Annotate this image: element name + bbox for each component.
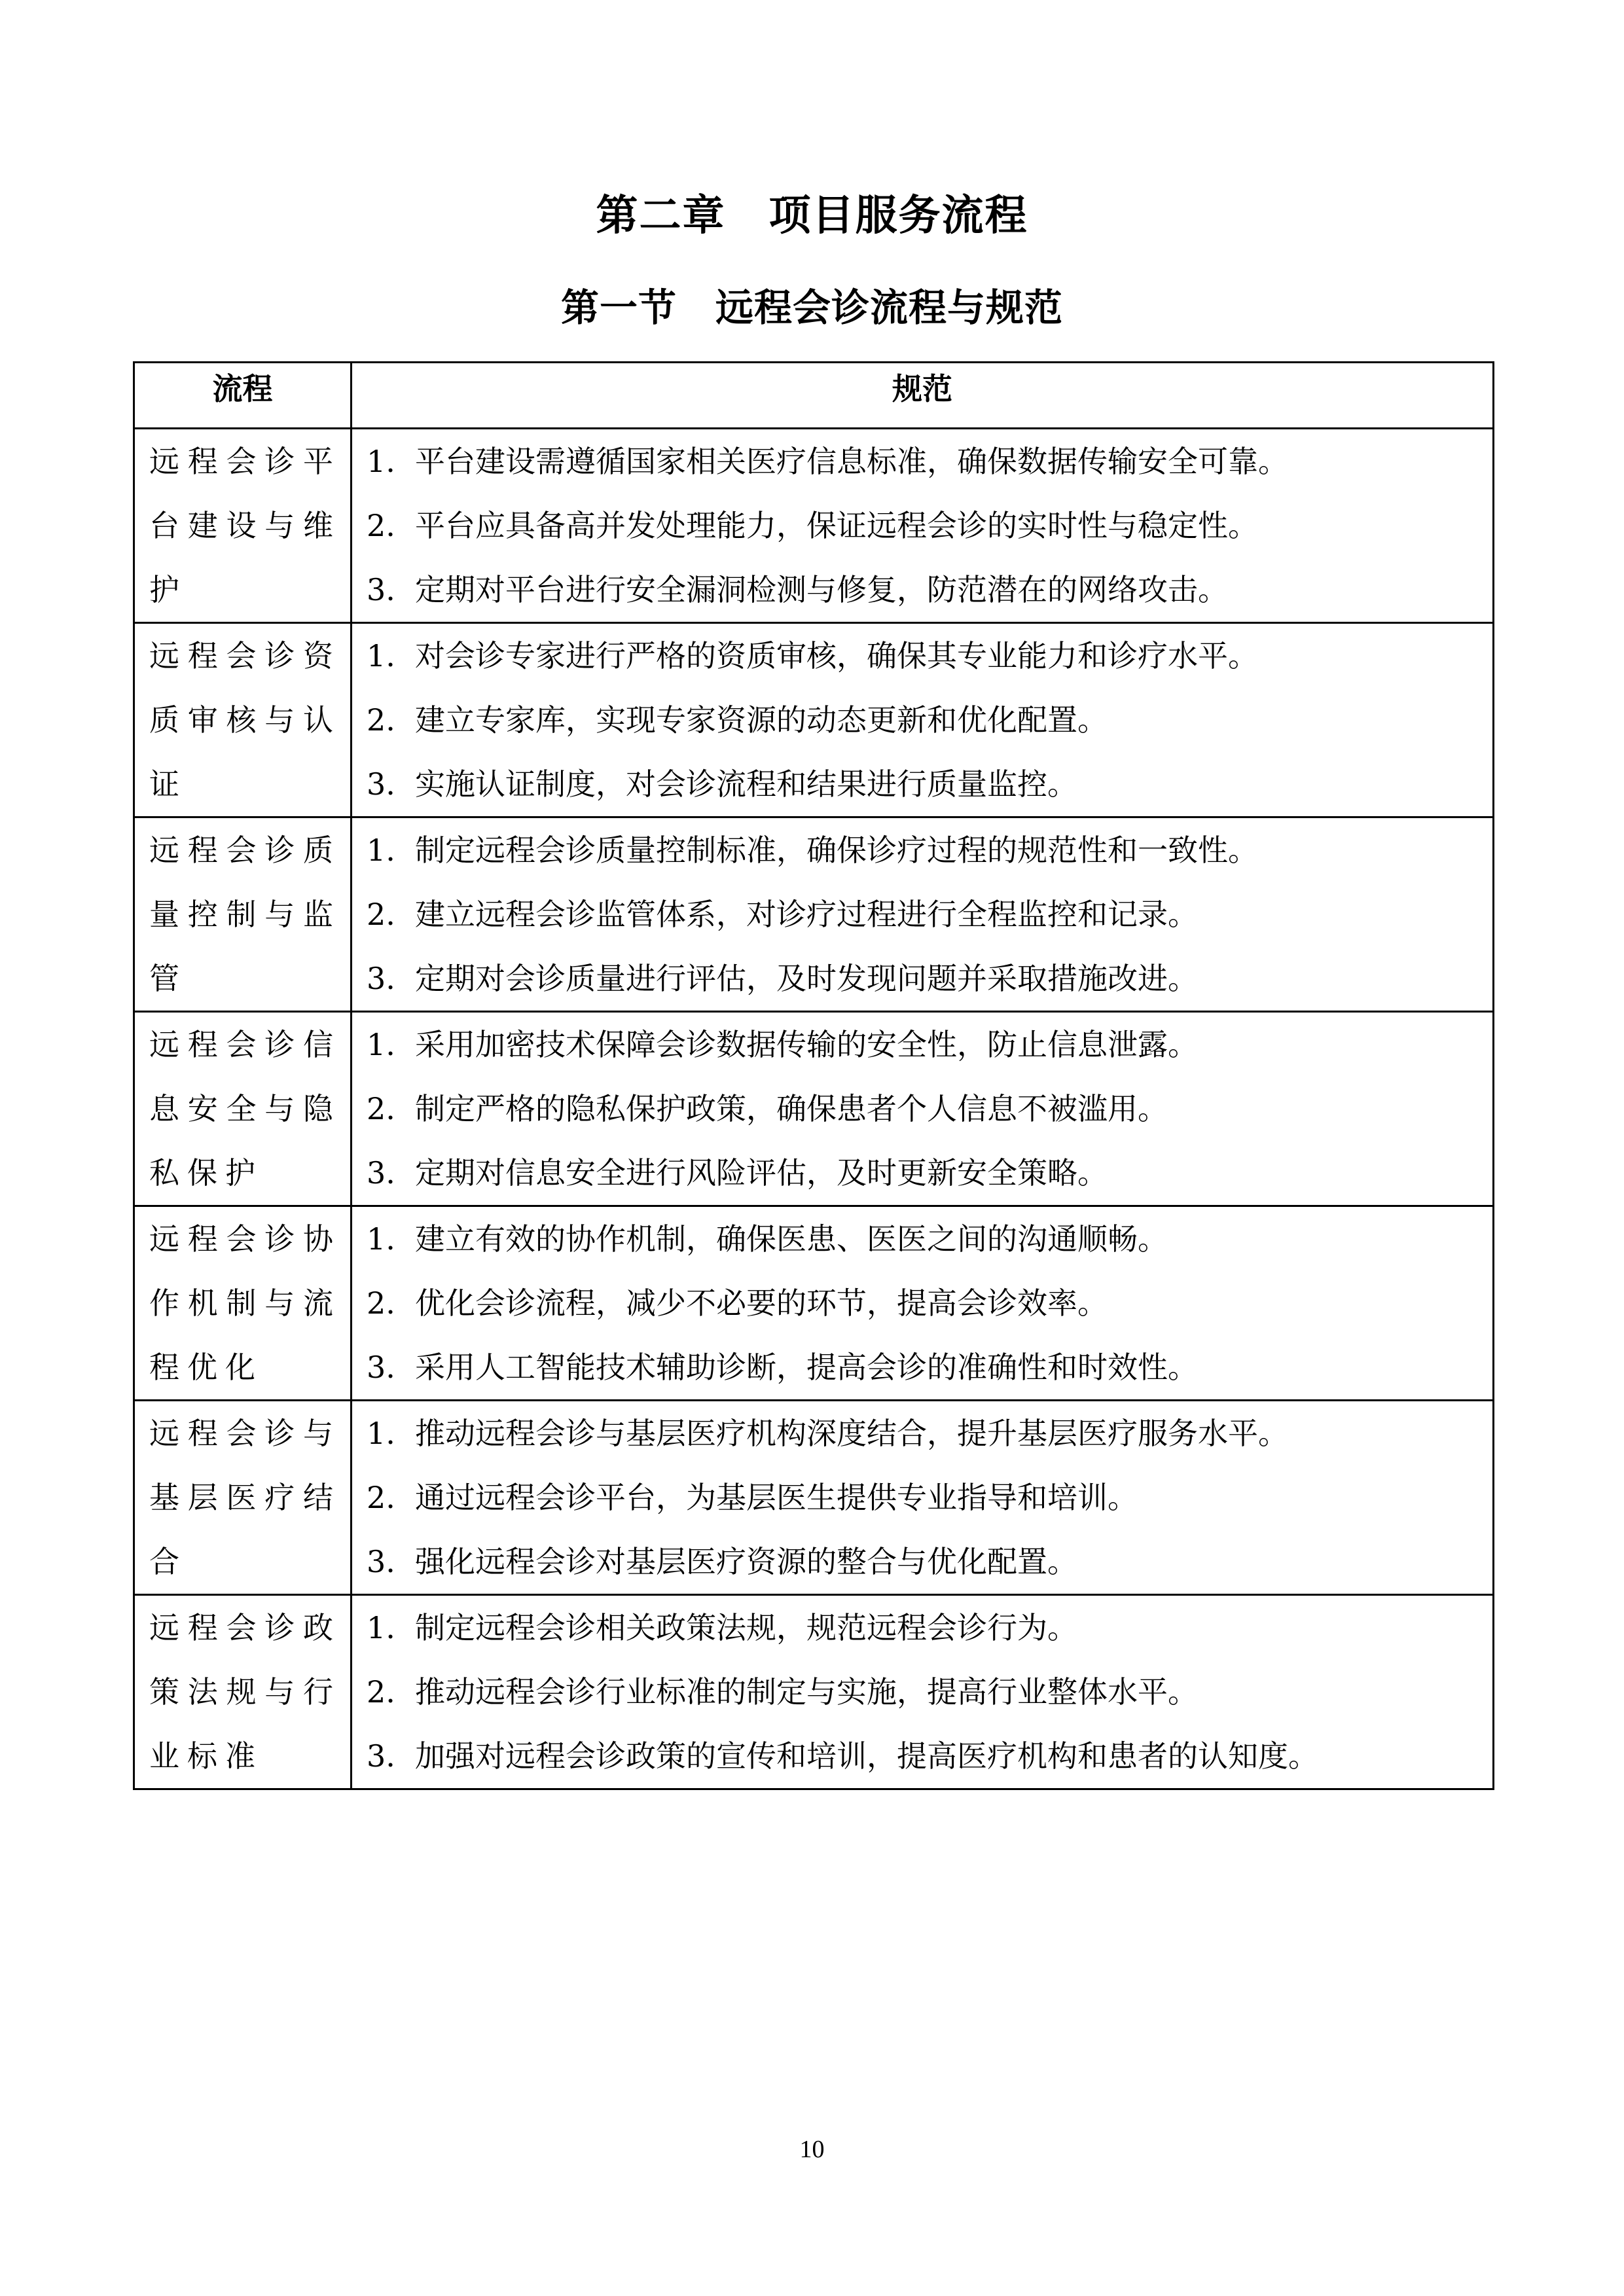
spec-text: 实施认证制度，对会诊流程和结果进行质量监控。 [415,766,1077,802]
spec-item: 1.建立有效的协作机制，确保医患、医医之间的沟通顺畅。 [367,1207,1492,1271]
table-row: 远程会诊政策法规与行业标准 1.制定远程会诊相关政策法规，规范远程会诊行为。 2… [134,1595,1494,1789]
spec-number: 3. [367,1530,415,1594]
process-cell: 远程会诊资质审核与认证 [134,623,352,817]
table-row: 远程会诊与基层医疗结合 1.推动远程会诊与基层医疗机构深度结合，提升基层医疗服务… [134,1401,1494,1595]
spec-number: 1. [367,624,415,688]
process-cell: 远程会诊政策法规与行业标准 [134,1595,352,1789]
process-cell: 远程会诊协作机制与流程优化 [134,1206,352,1401]
spec-item: 2.平台应具备高并发处理能力，保证远程会诊的实时性与稳定性。 [367,493,1492,558]
spec-number: 3. [367,752,415,816]
header-spec: 规范 [352,363,1494,429]
spec-number: 2. [367,688,415,752]
spec-number: 1. [367,1013,415,1077]
spec-cell: 1.采用加密技术保障会诊数据传输的安全性，防止信息泄露。 2.制定严格的隐私保护… [352,1012,1494,1206]
spec-item: 3.采用人工智能技术辅助诊断，提高会诊的准确性和时效性。 [367,1335,1492,1399]
spec-item: 3.强化远程会诊对基层医疗资源的整合与优化配置。 [367,1530,1492,1594]
spec-text: 制定严格的隐私保护政策，确保患者个人信息不被滥用。 [415,1091,1168,1126]
spec-list: 1.建立有效的协作机制，确保医患、医医之间的沟通顺畅。 2.优化会诊流程，减少不… [352,1207,1492,1399]
spec-list: 1.制定远程会诊相关政策法规，规范远程会诊行为。 2.推动远程会诊行业标准的制定… [352,1596,1492,1788]
spec-number: 3. [367,1141,415,1205]
spec-number: 2. [367,1465,415,1530]
spec-number: 1. [367,1596,415,1660]
spec-text: 平台应具备高并发处理能力，保证远程会诊的实时性与稳定性。 [415,508,1258,543]
spec-number: 3. [367,946,415,1011]
spec-text: 平台建设需遵循国家相关医疗信息标准，确保数据传输安全可靠。 [415,444,1288,479]
spec-cell: 1.对会诊专家进行严格的资质审核，确保其专业能力和诊疗水平。 2.建立专家库，实… [352,623,1494,817]
spec-item: 3.定期对会诊质量进行评估，及时发现问题并采取措施改进。 [367,946,1492,1011]
spec-item: 3.定期对信息安全进行风险评估，及时更新安全策略。 [367,1141,1492,1205]
table-row: 远程会诊信息安全与隐私保护 1.采用加密技术保障会诊数据传输的安全性，防止信息泄… [134,1012,1494,1206]
spec-number: 2. [367,1660,415,1724]
table-row: 远程会诊质量控制与监管 1.制定远程会诊质量控制标准，确保诊疗过程的规范性和一致… [134,817,1494,1012]
spec-item: 2.建立远程会诊监管体系，对诊疗过程进行全程监控和记录。 [367,882,1492,946]
table-row: 远程会诊平台建设与维护 1.平台建设需遵循国家相关医疗信息标准，确保数据传输安全… [134,429,1494,623]
spec-cell: 1.建立有效的协作机制，确保医患、医医之间的沟通顺畅。 2.优化会诊流程，减少不… [352,1206,1494,1401]
spec-text: 建立专家库，实现专家资源的动态更新和优化配置。 [415,702,1108,738]
spec-list: 1.制定远程会诊质量控制标准，确保诊疗过程的规范性和一致性。 2.建立远程会诊监… [352,818,1492,1011]
process-cell: 远程会诊与基层医疗结合 [134,1401,352,1595]
spec-item: 3.加强对远程会诊政策的宣传和培训，提高医疗机构和患者的认知度。 [367,1724,1492,1788]
spec-item: 2.建立专家库，实现专家资源的动态更新和优化配置。 [367,688,1492,752]
spec-list: 1.采用加密技术保障会诊数据传输的安全性，防止信息泄露。 2.制定严格的隐私保护… [352,1013,1492,1205]
spec-number: 2. [367,882,415,946]
spec-number: 1. [367,429,415,493]
spec-number: 2. [367,1077,415,1141]
process-cell: 远程会诊平台建设与维护 [134,429,352,623]
spec-list: 1.对会诊专家进行严格的资质审核，确保其专业能力和诊疗水平。 2.建立专家库，实… [352,624,1492,816]
spec-text: 强化远程会诊对基层医疗资源的整合与优化配置。 [415,1544,1077,1579]
spec-cell: 1.平台建设需遵循国家相关医疗信息标准，确保数据传输安全可靠。 2.平台应具备高… [352,429,1494,623]
spec-text: 对会诊专家进行严格的资质审核，确保其专业能力和诊疗水平。 [415,638,1258,673]
spec-item: 2.优化会诊流程，减少不必要的环节，提高会诊效率。 [367,1271,1492,1335]
spec-item: 1.对会诊专家进行严格的资质审核，确保其专业能力和诊疗水平。 [367,624,1492,688]
spec-item: 1.采用加密技术保障会诊数据传输的安全性，防止信息泄露。 [367,1013,1492,1077]
spec-item: 1.制定远程会诊相关政策法规，规范远程会诊行为。 [367,1596,1492,1660]
spec-number: 3. [367,558,415,622]
spec-item: 1.平台建设需遵循国家相关医疗信息标准，确保数据传输安全可靠。 [367,429,1492,493]
table-row: 远程会诊资质审核与认证 1.对会诊专家进行严格的资质审核，确保其专业能力和诊疗水… [134,623,1494,817]
process-cell: 远程会诊质量控制与监管 [134,817,352,1012]
spec-text: 建立有效的协作机制，确保医患、医医之间的沟通顺畅。 [415,1221,1168,1257]
spec-number: 1. [367,1207,415,1271]
spec-item: 2.推动远程会诊行业标准的制定与实施，提高行业整体水平。 [367,1660,1492,1724]
spec-text: 定期对信息安全进行风险评估，及时更新安全策略。 [415,1155,1108,1191]
table-row: 远程会诊协作机制与流程优化 1.建立有效的协作机制，确保医患、医医之间的沟通顺畅… [134,1206,1494,1401]
spec-item: 1.推动远程会诊与基层医疗机构深度结合，提升基层医疗服务水平。 [367,1401,1492,1465]
spec-text: 优化会诊流程，减少不必要的环节，提高会诊效率。 [415,1285,1108,1321]
process-cell: 远程会诊信息安全与隐私保护 [134,1012,352,1206]
spec-item: 2.制定严格的隐私保护政策，确保患者个人信息不被滥用。 [367,1077,1492,1141]
spec-cell: 1.制定远程会诊质量控制标准，确保诊疗过程的规范性和一致性。 2.建立远程会诊监… [352,817,1494,1012]
table-header-row: 流程 规范 [134,363,1494,429]
spec-text: 通过远程会诊平台，为基层医生提供专业指导和培训。 [415,1480,1138,1515]
spec-number: 1. [367,1401,415,1465]
spec-item: 3.定期对平台进行安全漏洞检测与修复，防范潜在的网络攻击。 [367,558,1492,622]
spec-cell: 1.推动远程会诊与基层医疗机构深度结合，提升基层医疗服务水平。 2.通过远程会诊… [352,1401,1494,1595]
chapter-title: 第二章 项目服务流程 [0,190,1624,242]
spec-text: 建立远程会诊监管体系，对诊疗过程进行全程监控和记录。 [415,897,1198,932]
spec-cell: 1.制定远程会诊相关政策法规，规范远程会诊行为。 2.推动远程会诊行业标准的制定… [352,1595,1494,1789]
section-title: 第一节 远程会诊流程与规范 [0,283,1624,332]
spec-number: 1. [367,818,415,882]
spec-number: 3. [367,1724,415,1788]
spec-text: 制定远程会诊相关政策法规，规范远程会诊行为。 [415,1610,1077,1645]
spec-number: 3. [367,1335,415,1399]
spec-item: 2.通过远程会诊平台，为基层医生提供专业指导和培训。 [367,1465,1492,1530]
spec-item: 3.实施认证制度，对会诊流程和结果进行质量监控。 [367,752,1492,816]
spec-text: 采用加密技术保障会诊数据传输的安全性，防止信息泄露。 [415,1027,1198,1062]
spec-list: 1.推动远程会诊与基层医疗机构深度结合，提升基层医疗服务水平。 2.通过远程会诊… [352,1401,1492,1594]
spec-text: 定期对平台进行安全漏洞检测与修复，防范潜在的网络攻击。 [415,572,1228,607]
spec-text: 制定远程会诊质量控制标准，确保诊疗过程的规范性和一致性。 [415,833,1258,868]
page-number: 10 [0,2135,1624,2164]
spec-text: 推动远程会诊行业标准的制定与实施，提高行业整体水平。 [415,1674,1198,1710]
spec-list: 1.平台建设需遵循国家相关医疗信息标准，确保数据传输安全可靠。 2.平台应具备高… [352,429,1492,622]
spec-text: 采用人工智能技术辅助诊断，提高会诊的准确性和时效性。 [415,1350,1198,1385]
header-process: 流程 [134,363,352,429]
spec-text: 加强对远程会诊政策的宣传和培训，提高医疗机构和患者的认知度。 [415,1738,1318,1774]
spec-text: 推动远程会诊与基层医疗机构深度结合，提升基层医疗服务水平。 [415,1416,1288,1451]
spec-text: 定期对会诊质量进行评估，及时发现问题并采取措施改进。 [415,961,1198,996]
process-spec-table: 流程 规范 远程会诊平台建设与维护 1.平台建设需遵循国家相关医疗信息标准，确保… [133,361,1494,1790]
spec-number: 2. [367,493,415,558]
spec-item: 1.制定远程会诊质量控制标准，确保诊疗过程的规范性和一致性。 [367,818,1492,882]
spec-number: 2. [367,1271,415,1335]
